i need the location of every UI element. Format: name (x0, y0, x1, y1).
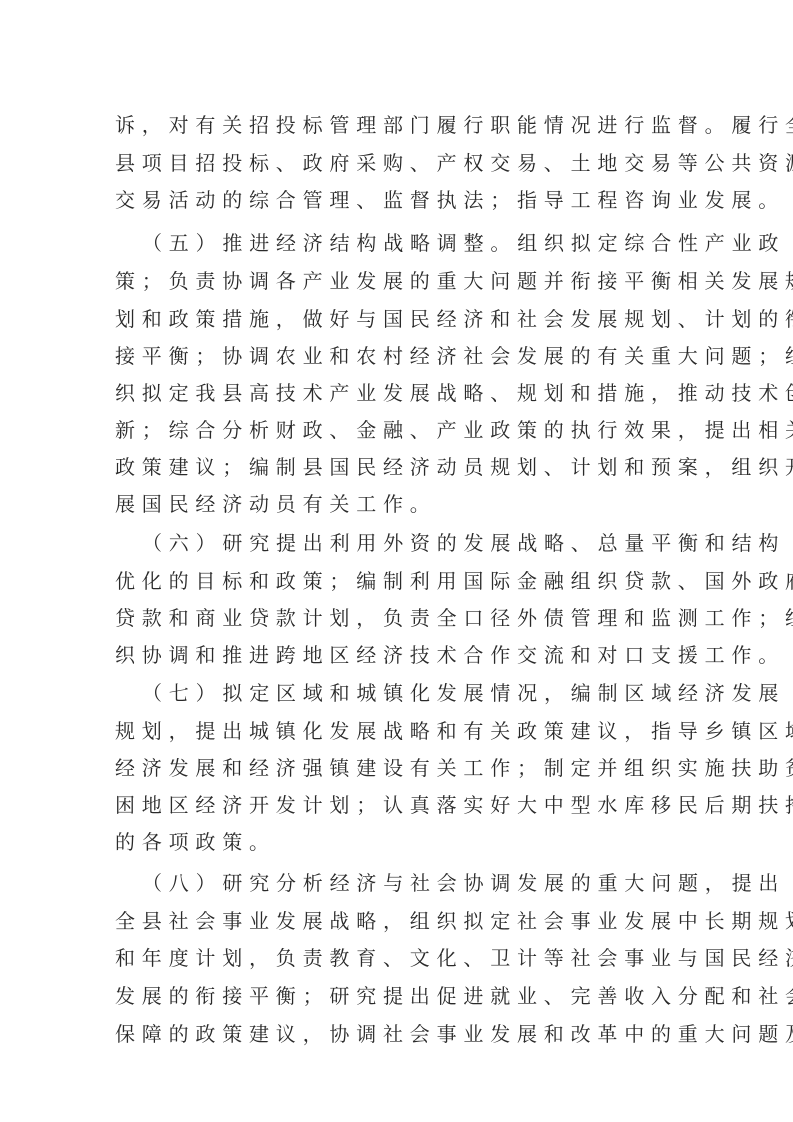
text-line: 的各项政策。 (115, 830, 695, 854)
text-line: 接平衡；协调农业和农村经济社会发展的有关重大问题；组 (115, 344, 695, 368)
text-line: 贷款和商业贷款计划，负责全口径外债管理和监测工作；组 (115, 606, 695, 630)
section-8-heading-line: （八）研究分析经济与社会协调发展的重大问题，提出 (142, 871, 722, 895)
section-5-heading-line: （五）推进经济结构战略调整。组织拟定综合性产业政 (142, 231, 722, 255)
text-line: 政策建议；编制县国民经济动员规划、计划和预案，组织开 (115, 455, 695, 479)
text-line: 全县社会事业发展战略，组织拟定社会事业发展中长期规划 (115, 909, 695, 933)
text-line: 经济发展和经济强镇建设有关工作；制定并组织实施扶助贫 (115, 756, 695, 780)
text-line: 展国民经济动员有关工作。 (115, 492, 695, 516)
section-6-heading-line: （六）研究提出利用外资的发展战略、总量平衡和结构 (142, 531, 722, 555)
text-line: 保障的政策建议，协调社会事业发展和改革中的重大问题及 (115, 1022, 695, 1046)
text-line: 诉，对有关招投标管理部门履行职能情况进行监督。履行全 (115, 113, 695, 137)
text-line: 交易活动的综合管理、监督执法；指导工程咨询业发展。 (115, 188, 695, 212)
text-line: 织拟定我县高技术产业发展战略、规划和措施，推动技术创 (115, 381, 695, 405)
text-line: 新；综合分析财政、金融、产业政策的执行效果，提出相关 (115, 418, 695, 442)
text-line: 困地区经济开发计划；认真落实好大中型水库移民后期扶持 (115, 793, 695, 817)
section-7-heading-line: （七）拟定区域和城镇化发展情况，编制区域经济发展 (142, 681, 722, 705)
document-page: 诉，对有关招投标管理部门履行职能情况进行监督。履行全 县项目招投标、政府采购、产… (0, 0, 793, 1122)
text-line: 和年度计划，负责教育、文化、卫计等社会事业与国民经济 (115, 946, 695, 970)
text-line: 规划，提出城镇化发展战略和有关政策建议，指导乡镇区域 (115, 719, 695, 743)
text-line: 优化的目标和政策；编制利用国际金融组织贷款、国外政府 (115, 569, 695, 593)
text-line: 策；负责协调各产业发展的重大问题并衔接平衡相关发展规 (115, 269, 695, 293)
text-line: 织协调和推进跨地区经济技术合作交流和对口支援工作。 (115, 643, 695, 667)
text-line: 划和政策措施，做好与国民经济和社会发展规划、计划的衔 (115, 307, 695, 331)
text-line: 县项目招投标、政府采购、产权交易、土地交易等公共资源 (115, 151, 695, 175)
text-line: 发展的衔接平衡；研究提出促进就业、完善收入分配和社会 (115, 984, 695, 1008)
